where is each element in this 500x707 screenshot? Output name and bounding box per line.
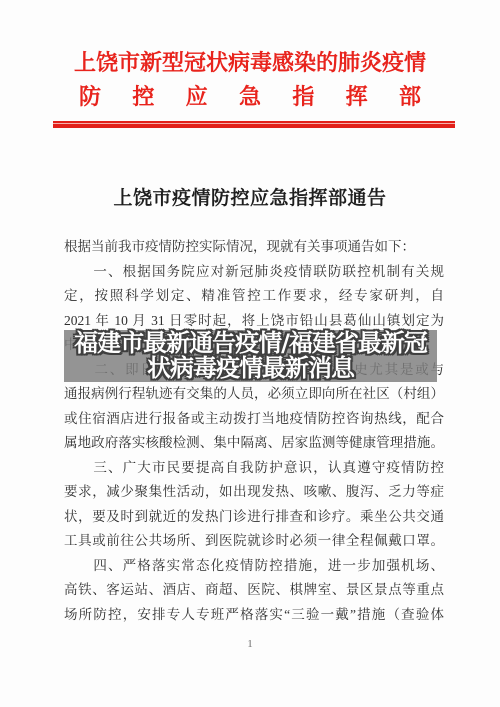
letterhead-org-name-line1: 上饶市新型冠状病毒感染的肺炎疫情 (0, 50, 500, 78)
watermark-caption: 福建市最新通告疫情/福建省最新冠 状病毒疫情最新消息 (54, 331, 447, 381)
letterhead-char: 防 (79, 84, 101, 112)
body-line: 通报病例行程轨迹有交集的人员，必须立即向所在社区（村组） (64, 382, 444, 407)
letterhead-char: 挥 (346, 84, 368, 112)
letterhead-char: 部 (399, 84, 421, 112)
body-line: 场所防控，安排专人专班严格落实“三验一戴”措施（查验体 (64, 603, 444, 628)
letterhead-org-name-line2: 防控应急指挥部 (79, 84, 421, 112)
body-line: 要求，减少聚集性活动，如出现发热、咳嗽、腹泻、乏力等症 (64, 480, 444, 505)
body-line: 属地政府落实核酸检测、集中隔离、居家监测等健康管理措施。 (64, 431, 444, 456)
body-line: 高铁、客运站、酒店、商超、医院、棋牌室、景区景点等重点 (64, 578, 444, 603)
body-line: 工具或前往公共场所、到医院就诊时必须一律全程佩戴口罩。 (64, 529, 444, 554)
document-title: 上饶市疫情防控应急指挥部通告 (0, 186, 500, 212)
watermark-caption-line1: 福建市最新通告疫情/福建省最新冠 (54, 331, 447, 356)
body-line: 或住宿酒店进行报备或主动拨打当地疫情防控咨询热线，配合 (64, 407, 444, 432)
document-body: 根据当前我市疫情防控实际情况，现就有关事项通告如下： 一、根据国务院应对新冠肺炎… (64, 235, 444, 627)
page-number: 1 (0, 637, 500, 651)
letterhead-char: 急 (239, 84, 261, 112)
body-line: 四、严格落实常态化疫情防控措施，进一步加强机场、 (64, 554, 444, 579)
letterhead-char: 应 (186, 84, 208, 112)
letterhead-red-rule (53, 121, 455, 128)
watermark-caption-line2: 状病毒疫情最新消息 (54, 356, 447, 381)
body-line: 三、广大市民要提高自我防护意识，认真遵守疫情防控 (64, 456, 444, 481)
scanned-notice-page: 上饶市新型冠状病毒感染的肺炎疫情 防控应急指挥部 上饶市疫情防控应急指挥部通告 … (0, 0, 500, 707)
body-line: 定，按照科学划定、精准管控工作要求，经专家研判，自 (64, 284, 444, 309)
body-line: 根据当前我市疫情防控实际情况，现就有关事项通告如下： (64, 235, 444, 260)
letterhead-char: 指 (292, 84, 314, 112)
letterhead-char: 控 (132, 84, 154, 112)
body-line: 状，要及时到就近的发热门诊进行排查和诊疗。乘坐公共交通 (64, 505, 444, 530)
body-line: 一、根据国务院应对新冠肺炎疫情联防联控机制有关规 (64, 260, 444, 285)
watermark-overlay-band: 福建市最新通告疫情/福建省最新冠 状病毒疫情最新消息 (64, 330, 437, 382)
